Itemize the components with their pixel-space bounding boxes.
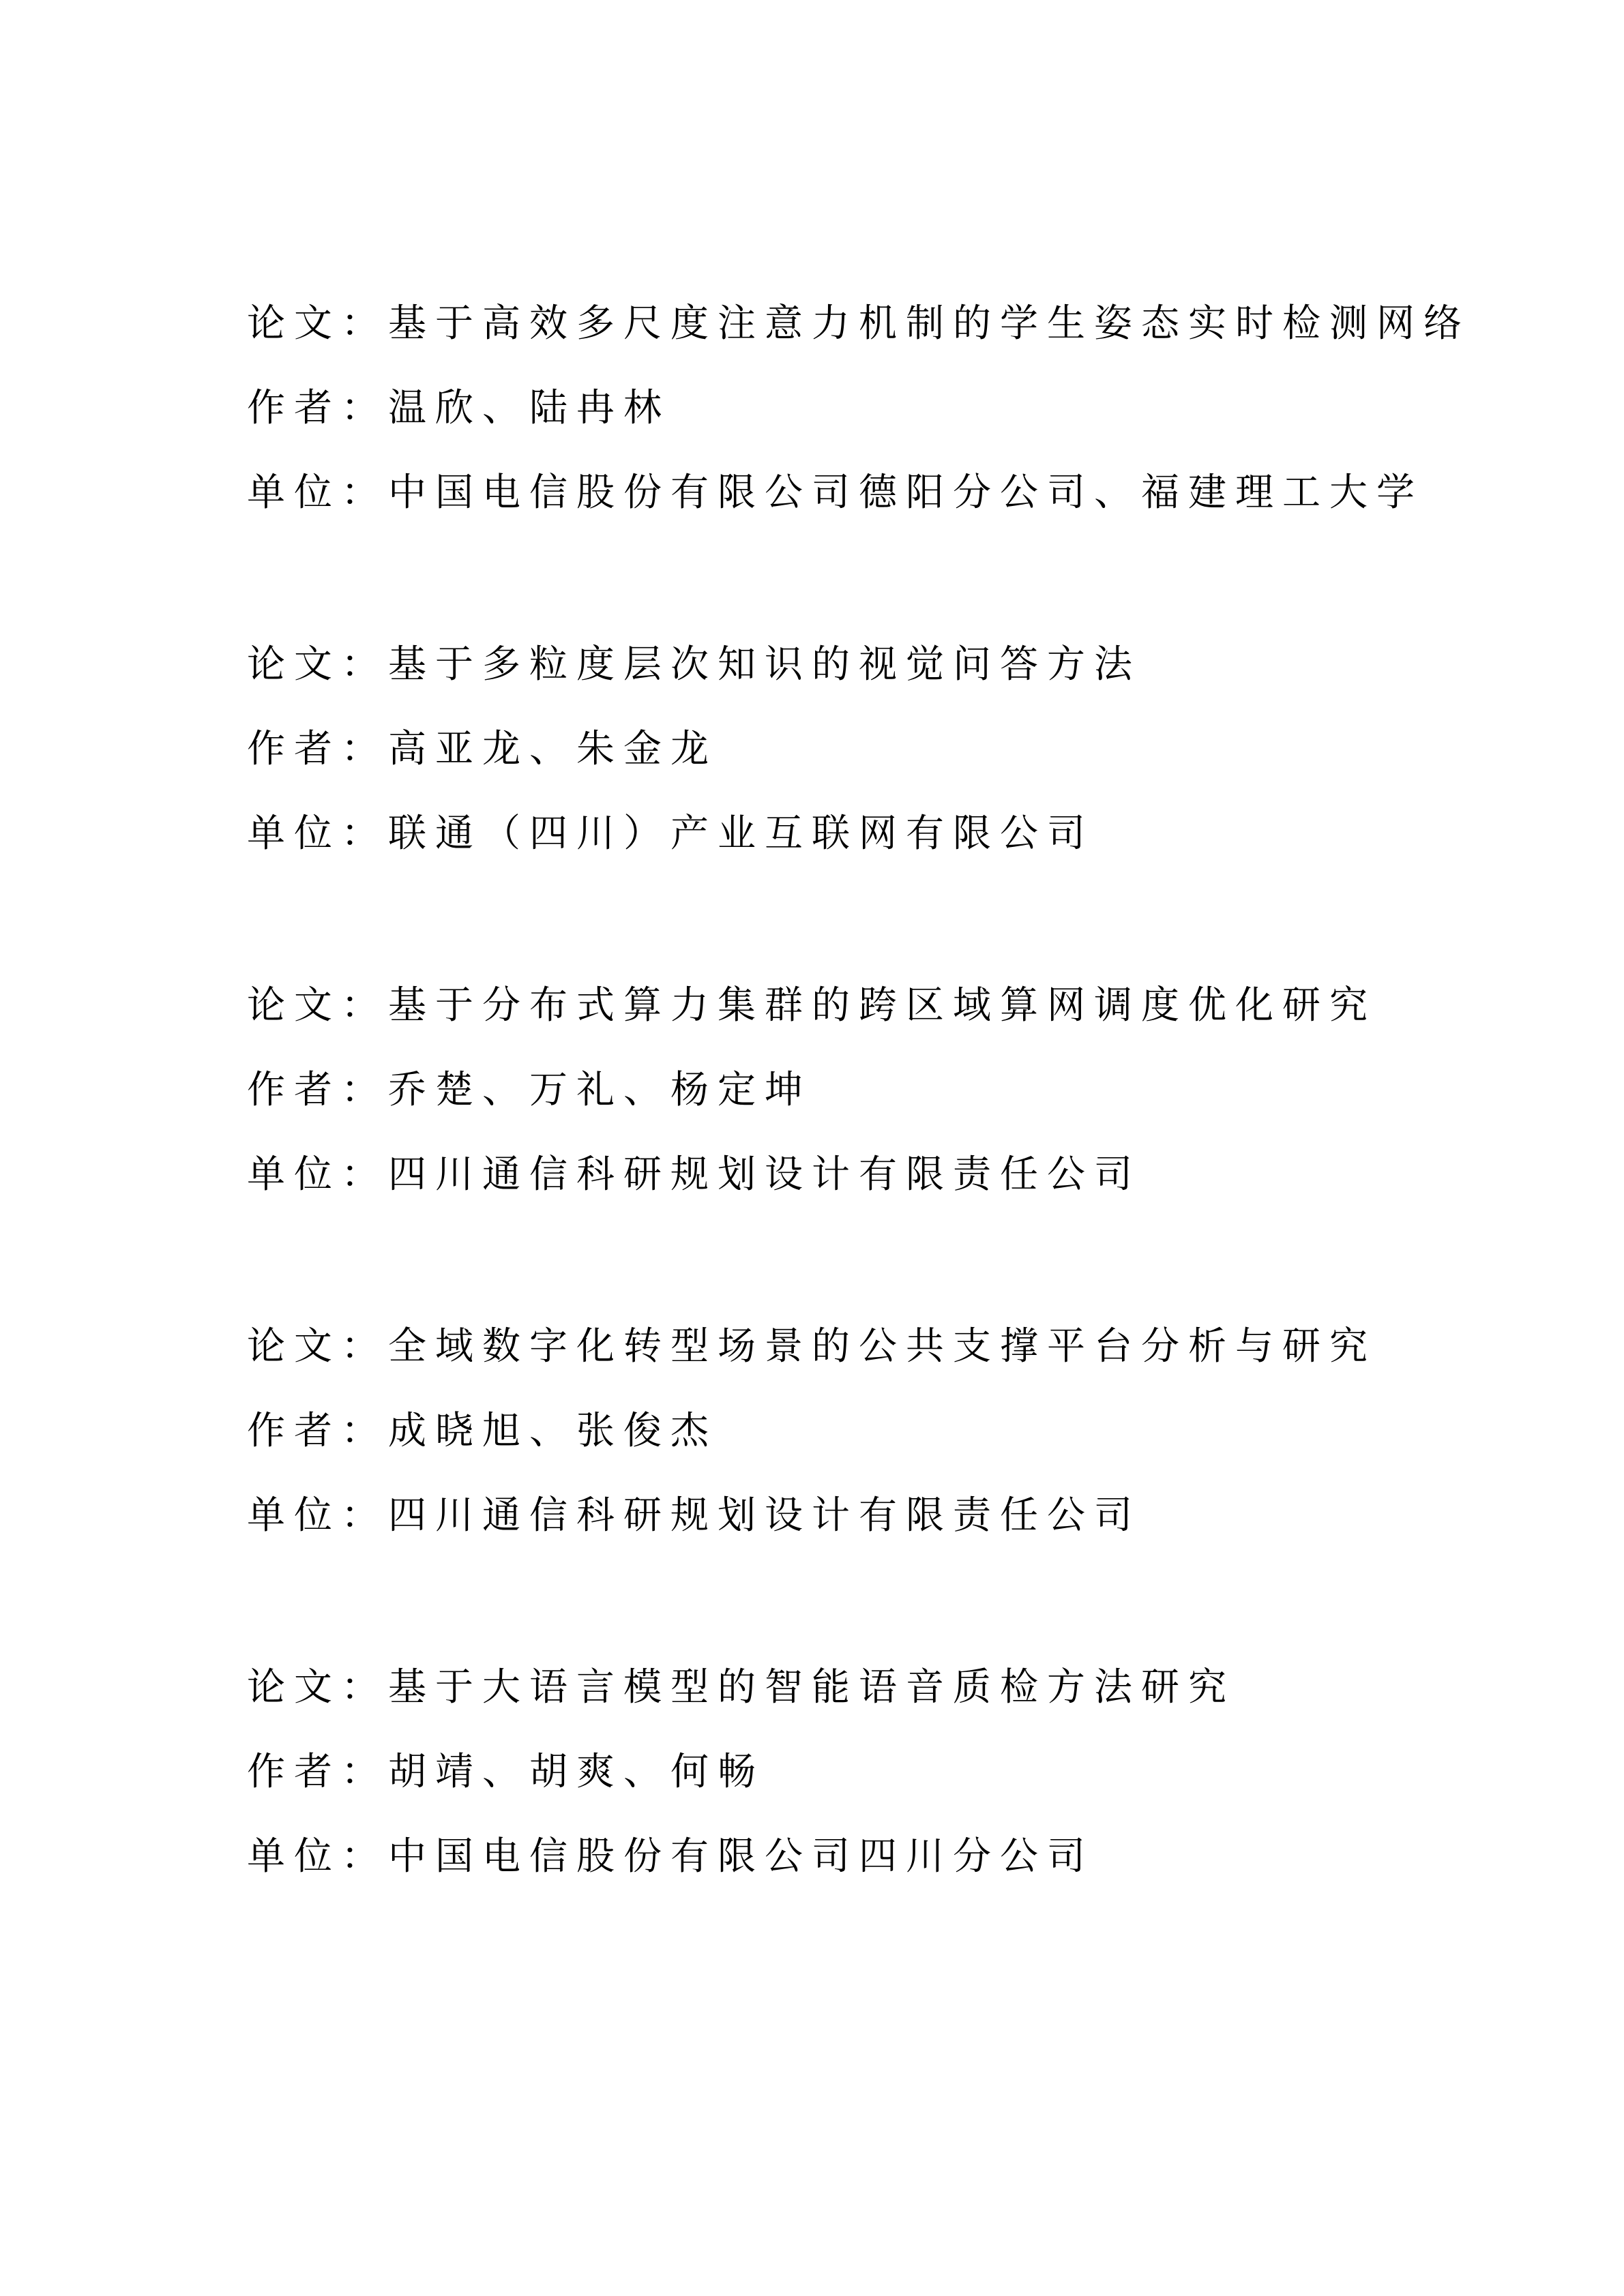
authors-value: 温欣、陆冉林 — [388, 386, 670, 430]
paper-title-line: 论文：全域数字化转型场景的公共支撑平台分析与研究 — [247, 1304, 1543, 1389]
affiliation-label: 单位： — [247, 1834, 388, 1879]
authors-label: 作者： — [247, 727, 388, 771]
affiliation-value: 中国电信股份有限公司四川分公司 — [388, 1834, 1094, 1879]
affiliation-label: 单位： — [247, 1152, 388, 1197]
authors-line: 作者：胡靖、胡爽、何畅 — [247, 1730, 1543, 1815]
paper-label: 论文： — [247, 983, 388, 1028]
authors-line: 作者：乔楚、万礼、杨定坤 — [247, 1048, 1543, 1133]
paper-entry: 论文：基于高效多尺度注意力机制的学生姿态实时检测网络 作者：温欣、陆冉林 单位：… — [247, 282, 1543, 535]
authors-value: 成晓旭、张俊杰 — [388, 1409, 718, 1453]
paper-title: 基于分布式算力集群的跨区域算网调度优化研究 — [388, 983, 1376, 1028]
paper-title-line: 论文：基于高效多尺度注意力机制的学生姿态实时检测网络 — [247, 282, 1543, 366]
authors-value: 乔楚、万礼、杨定坤 — [388, 1068, 812, 1112]
affiliation-value: 四川通信科研规划设计有限责任公司 — [388, 1152, 1141, 1197]
authors-line: 作者：温欣、陆冉林 — [247, 366, 1543, 451]
paper-label: 论文： — [247, 1665, 388, 1710]
paper-title: 基于多粒度层次知识的视觉问答方法 — [388, 642, 1141, 687]
affiliation-line: 单位：四川通信科研规划设计有限责任公司 — [247, 1133, 1543, 1217]
paper-entry: 论文：基于分布式算力集群的跨区域算网调度优化研究 作者：乔楚、万礼、杨定坤 单位… — [247, 964, 1543, 1217]
affiliation-line: 单位：中国电信股份有限公司德阳分公司、福建理工大学 — [247, 451, 1543, 535]
affiliation-value: 中国电信股份有限公司德阳分公司、福建理工大学 — [388, 471, 1423, 515]
affiliation-value: 联通（四川）产业互联网有限公司 — [388, 811, 1094, 856]
paper-title: 基于大语言模型的智能语音质检方法研究 — [388, 1665, 1235, 1710]
affiliation-label: 单位： — [247, 811, 388, 856]
paper-title-line: 论文：基于大语言模型的智能语音质检方法研究 — [247, 1645, 1543, 1730]
authors-value: 胡靖、胡爽、何畅 — [388, 1750, 765, 1794]
paper-title: 全域数字化转型场景的公共支撑平台分析与研究 — [388, 1324, 1376, 1369]
paper-title-line: 论文：基于多粒度层次知识的视觉问答方法 — [247, 623, 1543, 707]
affiliation-value: 四川通信科研规划设计有限责任公司 — [388, 1493, 1141, 1538]
authors-label: 作者： — [247, 1068, 388, 1112]
authors-label: 作者： — [247, 1750, 388, 1794]
affiliation-label: 单位： — [247, 1493, 388, 1538]
paper-label: 论文： — [247, 642, 388, 687]
paper-entry: 论文：基于多粒度层次知识的视觉问答方法 作者：高亚龙、朱金龙 单位：联通（四川）… — [247, 623, 1543, 876]
document-page: 论文：基于高效多尺度注意力机制的学生姿态实时检测网络 作者：温欣、陆冉林 单位：… — [0, 0, 1624, 2296]
affiliation-line: 单位：四川通信科研规划设计有限责任公司 — [247, 1474, 1543, 1558]
paper-label: 论文： — [247, 301, 388, 346]
affiliation-line: 单位：中国电信股份有限公司四川分公司 — [247, 1815, 1543, 1899]
paper-title: 基于高效多尺度注意力机制的学生姿态实时检测网络 — [388, 301, 1471, 346]
authors-label: 作者： — [247, 386, 388, 430]
authors-line: 作者：高亚龙、朱金龙 — [247, 707, 1543, 792]
paper-entry: 论文：全域数字化转型场景的公共支撑平台分析与研究 作者：成晓旭、张俊杰 单位：四… — [247, 1304, 1543, 1558]
authors-value: 高亚龙、朱金龙 — [388, 727, 718, 771]
authors-label: 作者： — [247, 1409, 388, 1453]
authors-line: 作者：成晓旭、张俊杰 — [247, 1389, 1543, 1474]
paper-title-line: 论文：基于分布式算力集群的跨区域算网调度优化研究 — [247, 964, 1543, 1048]
paper-entry: 论文：基于大语言模型的智能语音质检方法研究 作者：胡靖、胡爽、何畅 单位：中国电… — [247, 1645, 1543, 1899]
paper-label: 论文： — [247, 1324, 388, 1369]
affiliation-line: 单位：联通（四川）产业互联网有限公司 — [247, 792, 1543, 876]
affiliation-label: 单位： — [247, 471, 388, 515]
